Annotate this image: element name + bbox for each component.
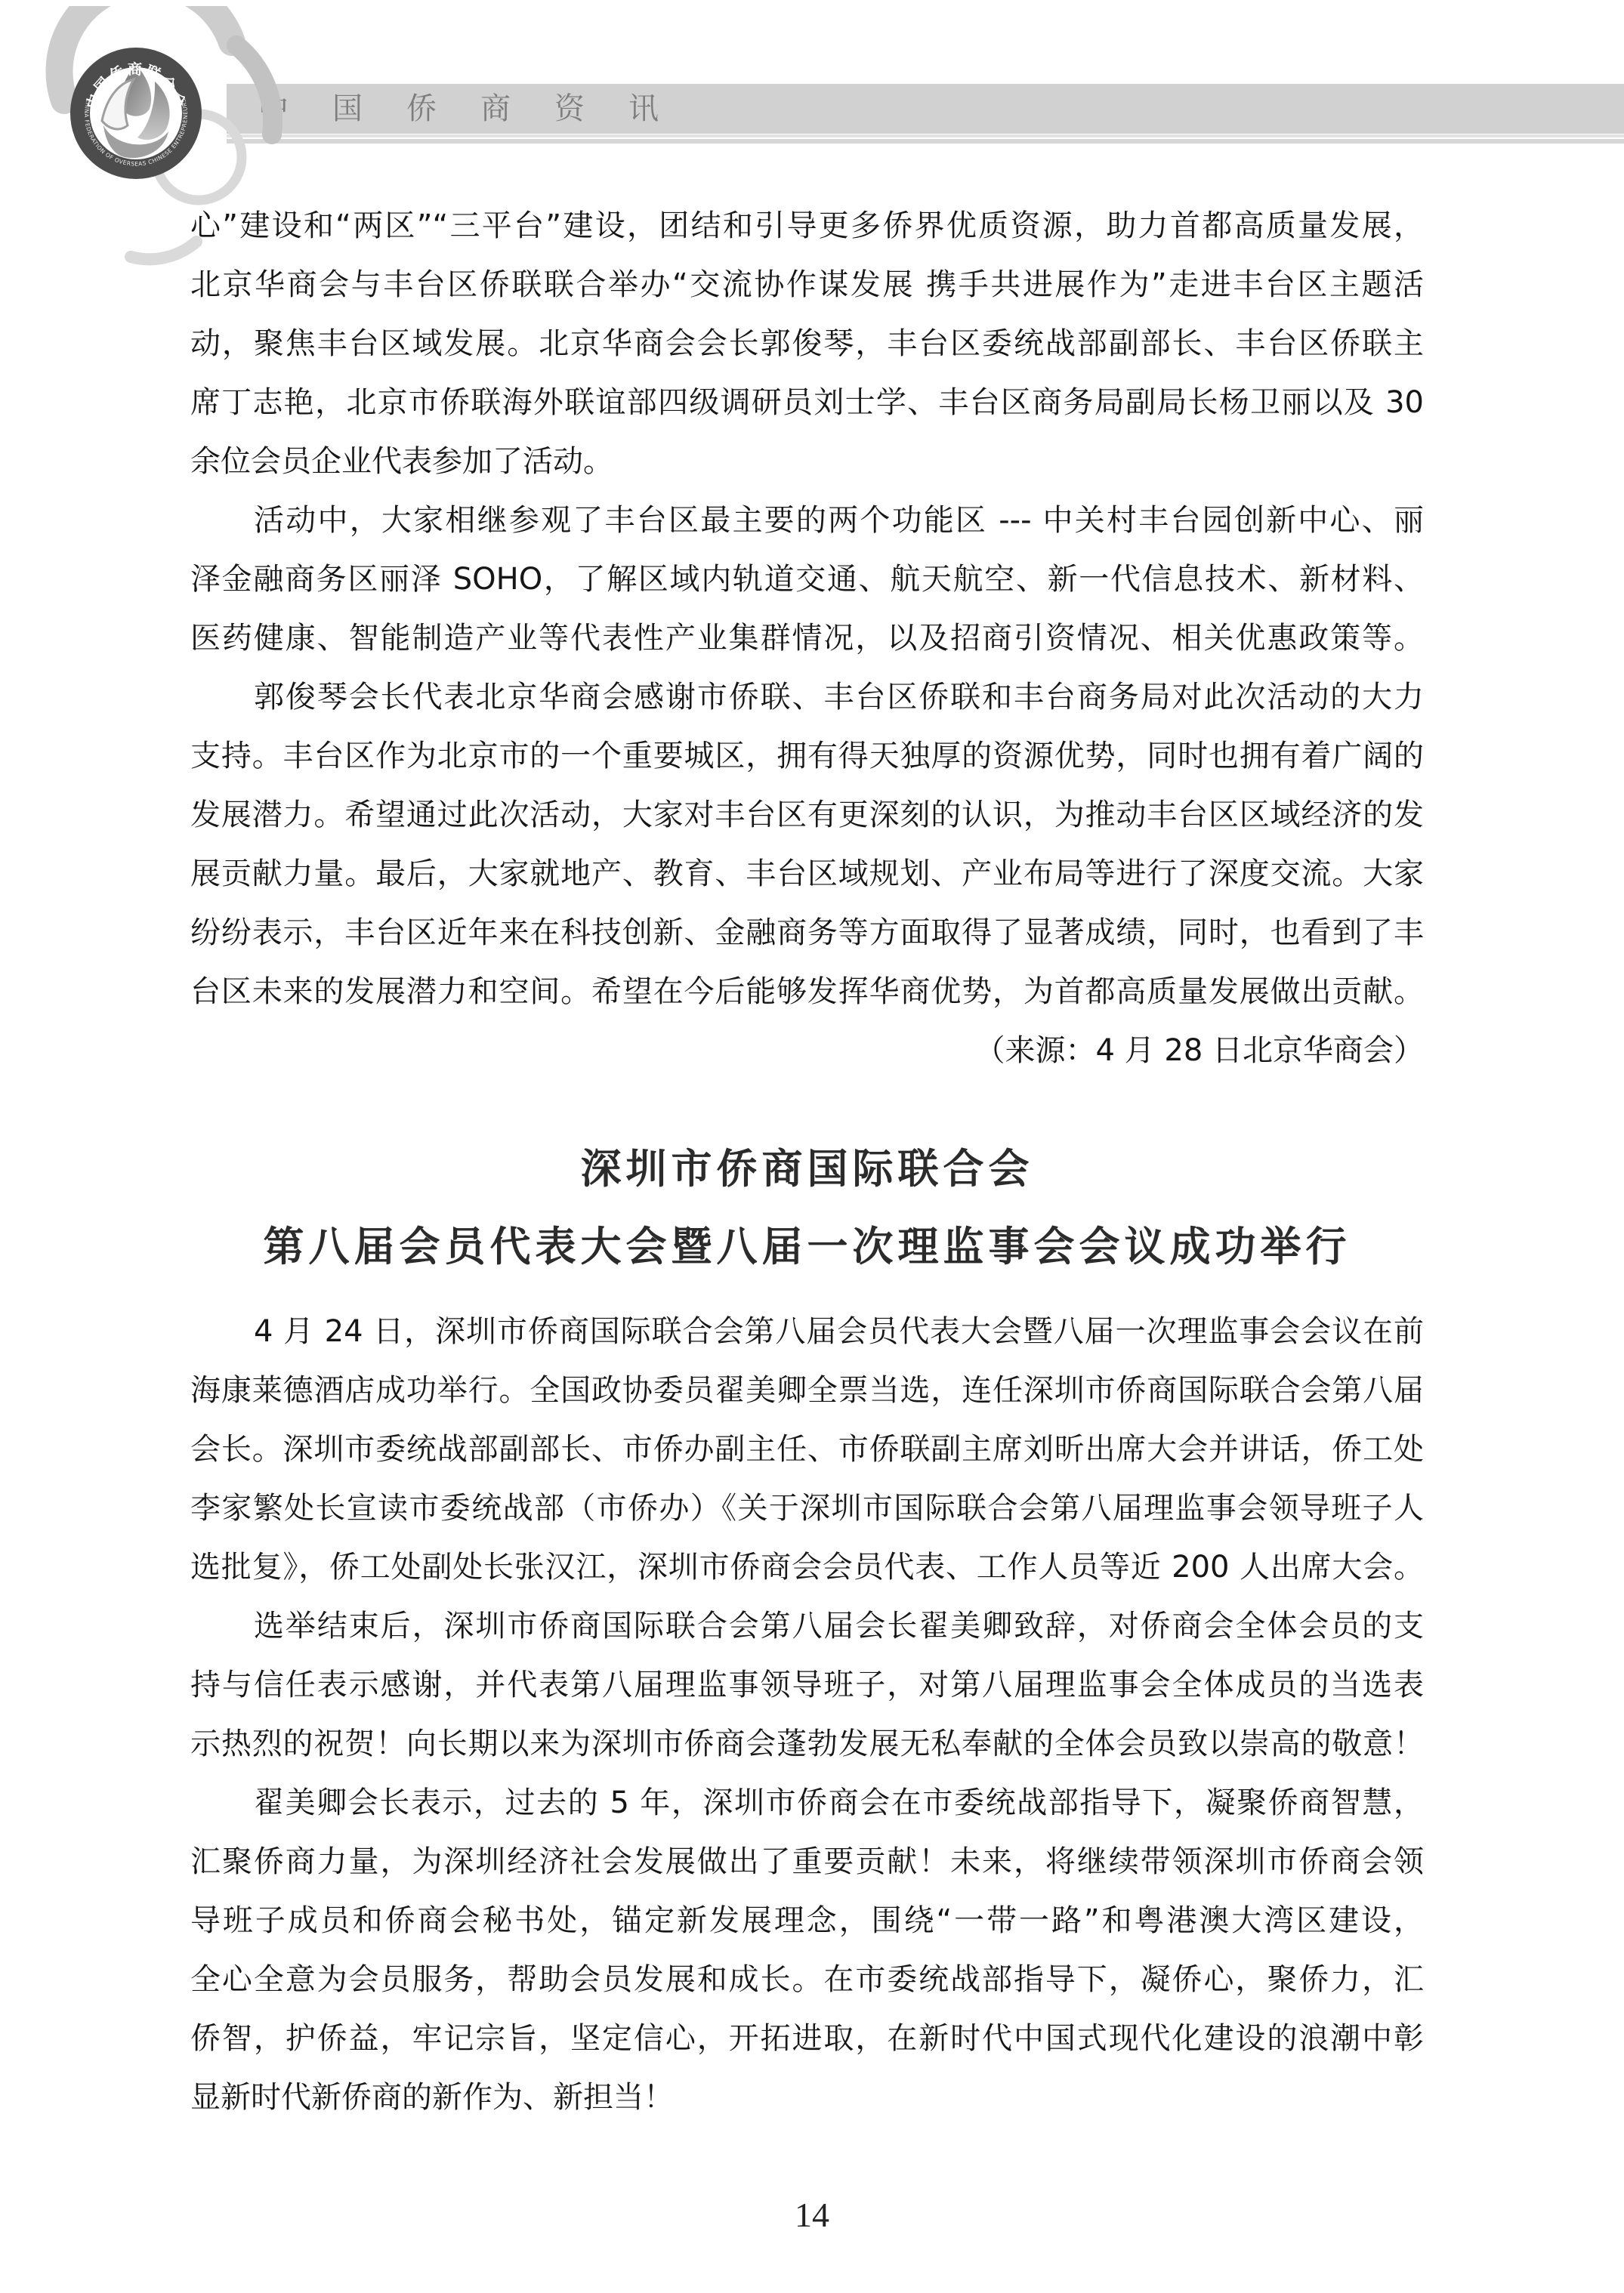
text-line: 选批复》，侨工处副处长张汉江，深圳市侨商会会员代表、工作人员等近 200 人出席… (190, 1538, 1424, 1597)
text-line: 4 月 24 日，深圳市侨商国际联合会第八届会员代表大会暨八届一次理监事会会议在… (190, 1302, 1424, 1361)
document-page: 中国侨商资讯 中国侨商联合会 CHINA (0, 0, 1624, 2293)
text-line: 席丁志艳，北京市侨联海外联谊部四级调研员刘士学、丰台区商务局副局长杨卫丽以及 3… (190, 373, 1424, 432)
text-line: 持与信任表示感谢，并代表第八届理监事领导班子，对第八届理监事会全体成员的当选表 (190, 1656, 1424, 1714)
text-line: 北京华商会与丰台区侨联联合举办“交流协作谋发展 携手共进展作为”走进丰台区主题活 (190, 255, 1424, 314)
source-line: （来源：4 月 28 日北京华商会） (190, 1021, 1424, 1080)
logo-swoosh-right-icon (236, 45, 273, 134)
page-number: 14 (0, 2195, 1624, 2235)
text-line: 全心全意为会员服务，帮助会员发展和成长。在市委统战部指导下，凝侨心，聚侨力，汇 (190, 1950, 1424, 2009)
text-line: 台区未来的发展潜力和空间。希望在今后能够发挥华商优势，为首都高质量发展做出贡献。 (190, 962, 1424, 1021)
text-line: 展贡献力量。最后，大家就地产、教育、丰台区域规划、产业布局等进行了深度交流。大家 (190, 844, 1424, 903)
text-line: 会长。深圳市委统战部副部长、市侨办副主任、市侨联副主席刘昕出席大会并讲话，侨工处 (190, 1420, 1424, 1479)
text-line: 汇聚侨商力量，为深圳经济社会发展做出了重要贡献！未来，将继续带领深圳市侨商会领 (190, 1832, 1424, 1891)
text-line: 动，聚焦丰台区域发展。北京华商会会长郭俊琴，丰台区委统战部副部长、丰台区侨联主 (190, 314, 1424, 373)
logo-swoosh-bottom-icon (131, 242, 196, 259)
text-line: 支持。丰台区作为北京市的一个重要城区，拥有得天独厚的资源优势，同时也拥有着广阔的 (190, 727, 1424, 785)
section-title-line-2: 第八届会员代表大会暨八届一次理监事会会议成功举行 (190, 1208, 1424, 1285)
text-line: 翟美卿会长表示，过去的 5 年，深圳市侨商会在市委统战部指导下，凝聚侨商智慧， (190, 1773, 1424, 1832)
text-line: 导班子成员和侨商会秘书处，锚定新发展理念，围绕“一带一路”和粤港澳大湾区建设， (190, 1891, 1424, 1950)
text-line: 显新时代新侨商的新作为、新担当！ (190, 2068, 1424, 2127)
text-line: 郭俊琴会长代表北京华商会感谢市侨联、丰台区侨联和丰台商务局对此次活动的大力 (190, 668, 1424, 727)
section-title-line-1: 深圳市侨商国际联合会 (190, 1130, 1424, 1208)
text-line: 余位会员企业代表参加了活动。 (190, 432, 1424, 491)
text-line: 心”建设和“两区”“三平台”建设，团结和引导更多侨界优质资源，助力首都高质量发展… (190, 196, 1424, 255)
header-banner: 中国侨商资讯 (227, 84, 1624, 134)
article-2: 4 月 24 日，深圳市侨商国际联合会第八届会员代表大会暨八届一次理监事会会议在… (190, 1302, 1424, 2127)
banner-stripe (227, 134, 1624, 144)
text-line: 示热烈的祝贺！向长期以来为深圳市侨商会蓬勃发展无私奉献的全体会员致以崇高的敬意！ (190, 1714, 1424, 1773)
article-1: 心”建设和“两区”“三平台”建设，团结和引导更多侨界优质资源，助力首都高质量发展… (190, 196, 1424, 1080)
text-line: 纷纷表示，丰台区近年来在科技创新、金融商务等方面取得了显著成绩，同时，也看到了丰 (190, 903, 1424, 962)
text-line: 医药健康、智能制造产业等代表性产业集群情况，以及招商引资情况、相关优惠政策等。 (190, 609, 1424, 668)
text-line: 发展潜力。希望通过此次活动，大家对丰台区有更深刻的认识，为推动丰台区区域经济的发 (190, 785, 1424, 844)
text-line: 选举结束后，深圳市侨商国际联合会第八届会长翟美卿致辞，对侨商会全体会员的支 (190, 1597, 1424, 1656)
text-line: 侨智，护侨益，牢记宗旨，坚定信心，开拓进取，在新时代中国式现代化建设的浪潮中彰 (190, 2009, 1424, 2068)
text-line: 泽金融商务区丽泽 SOHO，了解区域内轨道交通、航天航空、新一代信息技术、新材料… (190, 550, 1424, 609)
text-line: 海康莱德酒店成功举行。全国政协委员翟美卿全票当选，连任深圳市侨商国际联合会第八届 (190, 1361, 1424, 1420)
article-2-title: 深圳市侨商国际联合会 第八届会员代表大会暨八届一次理监事会会议成功举行 (190, 1130, 1424, 1285)
text-line: 李家繁处长宣读市委统战部（市侨办）《关于深圳市国际联合会第八届理监事会领导班子人 (190, 1479, 1424, 1538)
text-line: 活动中，大家相继参观了丰台区最主要的两个功能区 --- 中关村丰台园创新中心、丽 (190, 491, 1424, 550)
